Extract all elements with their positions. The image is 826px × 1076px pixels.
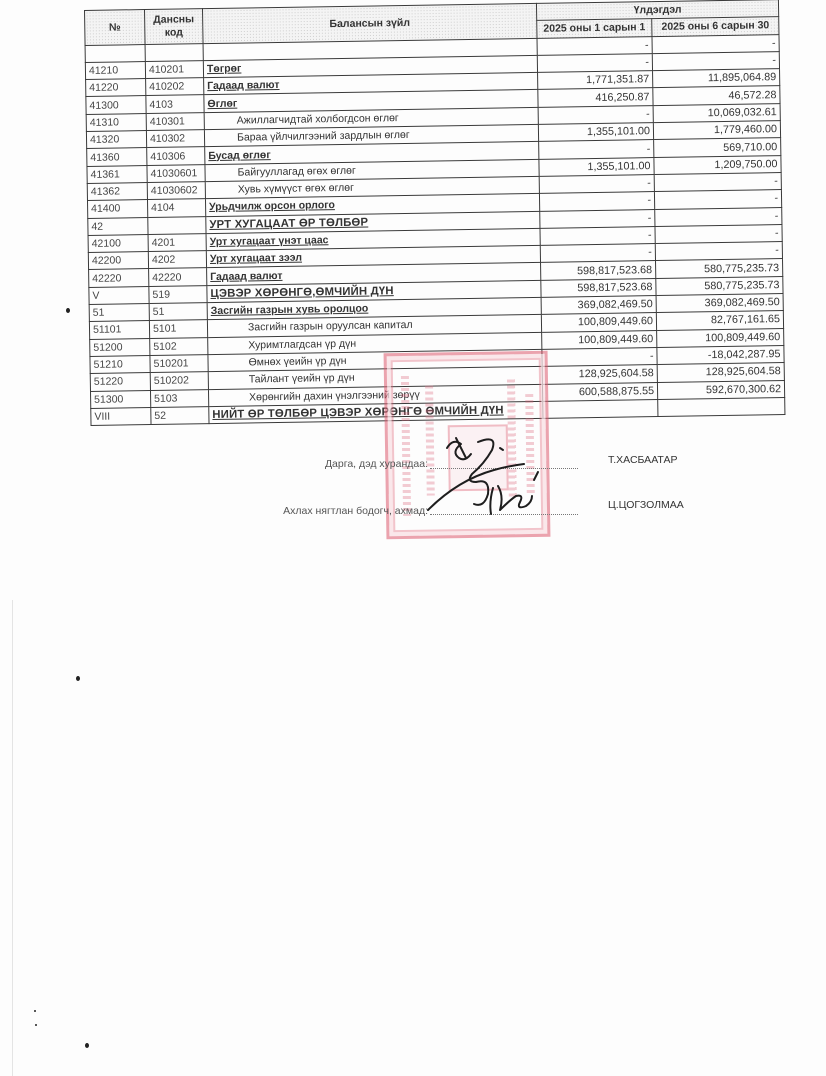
balance-period-start: 598,817,523.68 [541,261,656,280]
balance-period-end: 580,775,235.73 [656,259,783,278]
balance-period-start: - [540,244,655,263]
balance-period-start: 1,771,351.87 [538,71,653,90]
balance-period-end: 11,895,064.89 [653,69,780,88]
account-code: 410301 [146,112,204,130]
balance-period-end: - [655,207,782,226]
balance-period-start: - [537,53,652,72]
balance-period-end: 580,775,235.73 [656,276,783,295]
account-code: 52 [151,406,209,424]
balance-period-start: 598,817,523.68 [541,278,656,297]
row-number: 41310 [86,113,146,131]
balance-period-end: - [652,51,779,70]
account-code: 5101 [149,320,207,338]
row-number: 41320 [86,131,146,149]
balance-period-start: 369,082,469.50 [541,296,656,315]
account-code: 5102 [150,337,208,355]
row-number: 51220 [90,373,150,391]
header-no: № [85,10,146,46]
balance-period-end: 1,209,750.00 [654,155,781,174]
balance-period-start: 1,355,101.00 [539,157,654,176]
balance-period-end: 569,710.00 [654,138,781,157]
row-number: 51300 [90,390,150,408]
account-code: 41030602 [147,182,205,200]
official-stamp [384,351,551,540]
row-number: 51101 [89,321,149,339]
row-number: VIII [91,407,151,425]
balance-period-end [658,397,785,416]
balance-period-start: - [539,140,654,159]
signature-name-director: Т.ХАСБААТАР [608,454,677,466]
balance-period-start: - [540,226,655,245]
balance-period-end: -18,042,287.95 [657,345,784,364]
scan-speck [76,676,80,681]
account-code: 51 [149,303,207,321]
stamp-text-line [525,394,535,494]
row-number: 41300 [86,96,146,114]
stamp-emblem [448,424,509,491]
balance-period-end: - [652,34,779,53]
balance-period-end: 1,779,460.00 [653,121,780,140]
row-number: 42100 [88,234,148,252]
balance-period-start: - [537,36,652,55]
balance-period-end: 369,082,469.50 [656,294,783,313]
account-code [145,43,203,61]
row-number: 41400 [87,200,147,218]
stamp-text-line [401,376,411,516]
scanned-page: № Дансны код Балансын зүйл Үлдэгдэл 2025… [0,0,826,1076]
balance-period-start: 416,250.87 [538,88,653,107]
account-code: 510202 [150,372,208,390]
row-number: 42220 [89,269,149,287]
balance-period-start: 100,809,449.60 [541,313,656,332]
account-code: 410302 [146,130,204,148]
balance-period-start: 1,355,101.00 [538,123,653,142]
balance-period-end: 100,809,449.60 [657,328,784,347]
header-period-end: 2025 оны 6 сарын 30 [652,17,779,36]
account-code [148,216,206,234]
row-number: 41360 [87,148,147,166]
row-number: 42200 [88,252,148,270]
balance-period-end: - [654,173,781,192]
balance-period-end: - [654,190,781,209]
balance-period-start: - [540,209,655,228]
header-account-code: Дансны код [145,9,204,45]
scan-speck [66,308,70,313]
account-code: 410201 [145,61,203,79]
account-code: 4103 [146,95,204,113]
account-code: 510201 [150,355,208,373]
balance-period-start: - [538,105,653,124]
account-code: 5103 [150,389,208,407]
account-code: 42220 [149,268,207,286]
signature-name-accountant: Ц.ЦОГЗОЛМАА [608,499,684,511]
balance-period-end: - [655,224,782,243]
balance-period-start: 600,588,875.55 [542,382,657,401]
stamp-text-line [425,386,435,496]
row-number: V [89,286,149,304]
header-balance-item: Балансын зүйл [202,3,537,43]
account-code: 4202 [148,251,206,269]
account-code: 4201 [148,233,206,251]
row-number: 41362 [87,182,147,200]
row-number: 42 [88,217,148,235]
balance-period-end: 10,069,032.61 [653,103,780,122]
account-code: 519 [149,285,207,303]
row-number: 41220 [86,79,146,97]
scan-speck [35,1024,37,1026]
scan-speck [34,1010,36,1012]
balance-period-start: - [539,175,654,194]
scan-speck [85,1043,89,1048]
row-number: 51210 [90,355,150,373]
account-code: 410306 [147,147,205,165]
balance-period-start [543,399,658,418]
balance-period-end: 46,572.28 [653,86,780,105]
balance-period-end: 592,670,300.62 [657,380,784,399]
row-number: 51200 [90,338,150,356]
balance-period-start: - [539,192,654,211]
account-code: 41030601 [147,164,205,182]
header-period-start: 2025 оны 1 сарын 1 [537,19,652,38]
balance-period-start: - [542,347,657,366]
row-number: 41210 [85,61,145,79]
balance-period-end: 82,767,161.65 [656,311,783,330]
row-number: 41361 [87,165,147,183]
balance-period-end: 128,925,604.58 [657,363,784,382]
balance-period-start: 100,809,449.60 [542,330,657,349]
balance-period-start: 128,925,604.58 [542,365,657,384]
scan-edge-line [12,600,13,1076]
row-number [85,44,145,62]
balance-period-end: - [655,242,782,261]
account-code: 410202 [146,78,204,96]
account-code: 4104 [147,199,205,217]
row-number: 51 [89,304,149,322]
